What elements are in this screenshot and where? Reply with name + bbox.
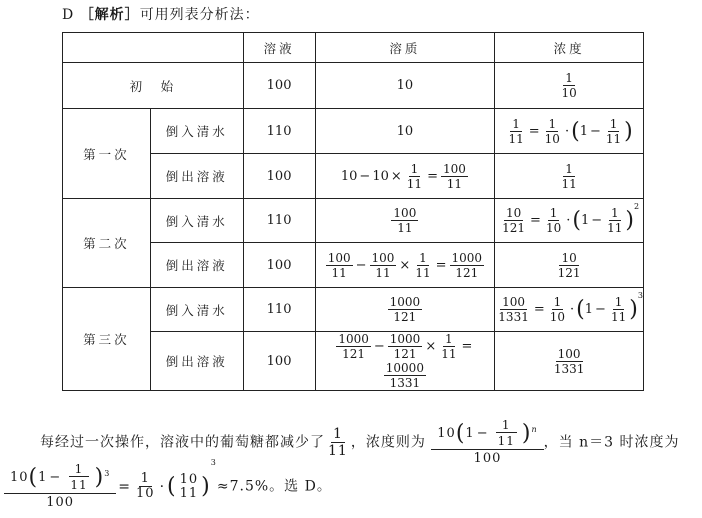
solution-value: 110 [243, 199, 315, 243]
solute-formula: 10011−10011×111=1000121 [315, 243, 495, 288]
solute-value: 1000121 [315, 288, 495, 332]
concentration-value: 111 [495, 154, 644, 199]
conclusion-line-2: 10(1−111)3 100 =110·(1011)3≈7.5%。选 D。 [4, 462, 332, 511]
round2-pour-out-row: 倒出溶液 100 10011−10011×111=1000121 10121 [63, 243, 644, 288]
header-blank [63, 33, 244, 63]
initial-label: 初 始 [63, 63, 244, 109]
initial-concentration: 110 [495, 63, 644, 109]
round3-pour-in-row: 第三次 倒入清水 110 1000121 1001331=110·(1−111)… [63, 288, 644, 332]
analysis-table: 溶液 溶质 浓度 初 始 100 10 110 第一次 倒入清水 110 10 … [62, 32, 644, 391]
solute-value: 10 [315, 109, 495, 154]
intro-text: 可用列表分析法： [140, 7, 260, 23]
solution-value: 110 [243, 288, 315, 332]
round1-pour-in-row: 第一次 倒入清水 110 10 111=110·(1−111) [63, 109, 644, 154]
round1-label: 第一次 [63, 109, 151, 199]
header-solution: 溶液 [243, 33, 315, 63]
round3-pour-out-row: 倒出溶液 100 1000121−1000121×111=100001331 1… [63, 332, 644, 391]
initial-row: 初 始 100 10 110 [63, 63, 644, 109]
action-label: 倒入清水 [150, 288, 243, 332]
round2-label: 第二次 [63, 199, 151, 288]
conclusion-line-1: 每经过一次操作，溶液中的葡萄糖都减少了111，浓度则为 10(1−111)n 1… [40, 418, 679, 467]
concentration-value: 10121 [495, 243, 644, 288]
result-text: ≈7.5%。选 D。 [217, 479, 332, 495]
concentration-value: 1001331 [495, 332, 644, 391]
round2-pour-in-row: 第二次 倒入清水 110 10011 10121=110·(1−111)2 [63, 199, 644, 243]
solute-formula: 1000121−1000121×111=100001331 [315, 332, 495, 391]
action-label: 倒入清水 [150, 109, 243, 154]
solute-formula: 10−10×111=10011 [315, 154, 495, 199]
analysis-label: ［解析］ [80, 7, 140, 23]
initial-solute: 10 [315, 63, 495, 109]
action-label: 倒出溶液 [150, 154, 243, 199]
solution-value: 100 [243, 332, 315, 391]
action-label: 倒出溶液 [150, 332, 243, 391]
concentration-formula: 1001331=110·(1−111)3 [495, 288, 644, 332]
solute-value: 10011 [315, 199, 495, 243]
header-solute: 溶质 [315, 33, 495, 63]
action-label: 倒入清水 [150, 199, 243, 243]
initial-solution: 100 [243, 63, 315, 109]
intro-line: D ［解析］可用列表分析法： [62, 4, 260, 24]
n3-formula: 10(1−111)3 100 [4, 462, 116, 511]
solution-value: 110 [243, 109, 315, 154]
round3-label: 第三次 [63, 288, 151, 391]
action-label: 倒出溶液 [150, 243, 243, 288]
general-formula: 10(1−111)n 100 [431, 418, 543, 467]
solution-value: 100 [243, 154, 315, 199]
concentration-formula: 111=110·(1−111) [495, 109, 644, 154]
header-concentration: 浓度 [495, 33, 644, 63]
round1-pour-out-row: 倒出溶液 100 10−10×111=10011 111 [63, 154, 644, 199]
solution-value: 100 [243, 243, 315, 288]
answer-letter: D [62, 7, 74, 23]
header-row: 溶液 溶质 浓度 [63, 33, 644, 63]
concentration-formula: 10121=110·(1−111)2 [495, 199, 644, 243]
